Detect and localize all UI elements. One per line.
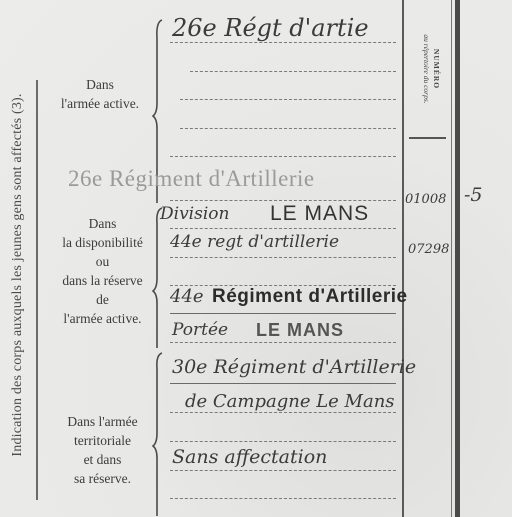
entry-active-regiment: 26e Régt d'artie bbox=[172, 14, 369, 42]
label-line: territoriale bbox=[40, 431, 165, 450]
stamp-44-regiment: Régiment d'Artillerie bbox=[212, 286, 408, 308]
rule-line bbox=[170, 412, 396, 413]
margin-note: -5 bbox=[464, 184, 483, 206]
label-line: Dans l'armée bbox=[40, 412, 165, 431]
rule-line bbox=[170, 342, 396, 343]
stamp-le-mans: LE MANS bbox=[270, 202, 369, 226]
rule-line bbox=[180, 99, 396, 100]
side-label: Indication des corps auxquels les jeunes… bbox=[4, 40, 32, 510]
label-line: l'armée active. bbox=[40, 94, 160, 113]
side-label-text: Indication des corps auxquels les jeunes… bbox=[10, 93, 26, 456]
rule-line bbox=[170, 42, 396, 43]
column-border-thick bbox=[455, 0, 460, 517]
repertoire-number: 07298 bbox=[408, 242, 449, 257]
label-line: la disponibilité bbox=[40, 233, 165, 252]
rule-line bbox=[180, 128, 396, 129]
label-line: et dans bbox=[40, 450, 165, 469]
entry-portee-label: Portée bbox=[172, 320, 228, 340]
rule-line bbox=[170, 313, 396, 314]
column-divider bbox=[402, 0, 404, 517]
column-divider bbox=[451, 0, 452, 517]
rule-line bbox=[170, 383, 396, 384]
label-line: l'armée active. bbox=[40, 309, 165, 328]
number-column-title: NUMÉRO bbox=[432, 49, 441, 89]
entry-44-regt: 44e regt d'artillerie bbox=[170, 232, 339, 252]
number-column-header: NUMÉRO au répertoire du corps. bbox=[414, 14, 448, 124]
entry-sans-affectation: Sans affectation bbox=[172, 446, 327, 468]
stamp-le-mans-2: LE MANS bbox=[256, 320, 344, 341]
entry-division-label: Division bbox=[160, 204, 229, 224]
rule-line bbox=[170, 257, 396, 258]
rule-line bbox=[190, 71, 396, 72]
section-reserve-label: Dans la disponibilité ou dans la réserve… bbox=[40, 214, 165, 328]
label-line: sa réserve. bbox=[40, 469, 165, 488]
rule-line bbox=[170, 470, 396, 471]
rule-line bbox=[170, 498, 396, 499]
label-line: ou bbox=[40, 252, 165, 271]
rule-line bbox=[170, 200, 396, 201]
stamp-26-regiment: 26e Régiment d'Artillerie bbox=[68, 166, 315, 192]
repertoire-number: 01008 bbox=[405, 192, 446, 207]
label-line: Dans bbox=[40, 75, 160, 94]
entry-30-regiment: 30e Régiment d'Artillerie bbox=[172, 356, 416, 378]
rule-line bbox=[170, 156, 396, 157]
section-active-label: Dans l'armée active. bbox=[40, 75, 160, 113]
brace-icon bbox=[152, 18, 168, 517]
label-line: Dans bbox=[40, 214, 165, 233]
rule-line bbox=[170, 228, 396, 229]
number-header-rule bbox=[409, 137, 446, 139]
entry-campagne-le-mans: de Campagne Le Mans bbox=[185, 391, 395, 412]
label-line: de bbox=[40, 290, 165, 309]
number-column-subtitle: au répertoire du corps. bbox=[422, 34, 431, 103]
section-territorial-label: Dans l'armée territoriale et dans sa rés… bbox=[40, 412, 165, 488]
side-divider bbox=[36, 80, 38, 500]
entry-44-prefix: 44e bbox=[170, 286, 204, 307]
label-line: dans la réserve bbox=[40, 271, 165, 290]
military-record-form: Indication des corps auxquels les jeunes… bbox=[0, 0, 512, 517]
rule-line bbox=[170, 441, 396, 442]
